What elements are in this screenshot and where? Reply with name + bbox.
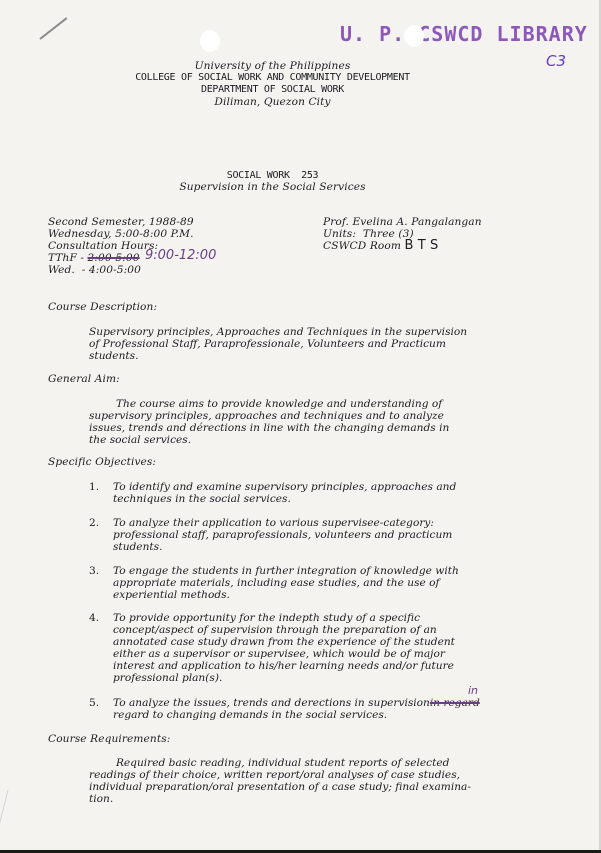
- consultation-tthf: TThF - 2:00-5:00: [48, 252, 140, 264]
- handwritten-correction: in: [468, 684, 478, 697]
- objective-number: 5.: [89, 697, 99, 709]
- consultation-label: Consultation Hours:: [48, 240, 158, 252]
- room-label: CSWCD Room: [323, 240, 401, 252]
- objective-item: To provide opportunity for the indepth s…: [113, 612, 455, 684]
- objectives-heading: Specific Objectives:: [48, 456, 156, 468]
- objective-number: 1.: [89, 481, 99, 493]
- university-name: University of the Philippines: [0, 60, 545, 72]
- page-shadow: [0, 790, 38, 850]
- description-heading: Course Description:: [48, 301, 157, 313]
- objective-item: To analyze their application to various …: [113, 517, 452, 553]
- objective-item: To identify and examine supervisory prin…: [113, 481, 456, 505]
- room-handwritten: B T S: [404, 238, 438, 253]
- requirements-body: Required basic reading, individual stude…: [89, 757, 471, 805]
- document-page: U. P. CSWCD LIBRARY C3 University of the…: [0, 0, 601, 853]
- semester: Second Semester, 1988-89: [48, 216, 194, 228]
- professor: Prof. Evelina A. Pangalangan: [323, 216, 482, 228]
- aim-heading: General Aim:: [48, 373, 120, 385]
- struck-text: in regard: [430, 697, 480, 709]
- department-name: DEPARTMENT OF SOCIAL WORK: [0, 84, 545, 96]
- location: Diliman, Quezon City: [0, 96, 545, 108]
- stamp-handwritten-note: C3: [546, 52, 566, 70]
- objective-number: 4.: [89, 612, 99, 624]
- objective-item: To engage the students in further integr…: [113, 565, 459, 601]
- units: Units: Three (3): [323, 228, 414, 240]
- requirements-heading: Course Requirements:: [48, 733, 170, 745]
- objective-number: 3.: [89, 565, 99, 577]
- room: CSWCD Room B T S: [323, 240, 438, 252]
- pen-mark: [39, 17, 67, 40]
- aim-body: The course aims to provide knowledge and…: [89, 398, 449, 446]
- library-stamp: U. P. CSWCD LIBRARY: [340, 22, 588, 46]
- description-body: Supervisory principles, Approaches and T…: [89, 326, 467, 362]
- schedule: Wednesday, 5:00-8:00 P.M.: [48, 228, 194, 240]
- course-title: Supervision in the Social Services: [0, 181, 545, 193]
- college-name: COLLEGE OF SOCIAL WORK AND COMMUNITY DEV…: [0, 72, 545, 84]
- tthf-handwritten-time: 9:00-12:00: [145, 248, 216, 263]
- tthf-struck-time: 2:00-5:00: [88, 252, 140, 264]
- objective-item: To analyze the issues, trends and derect…: [113, 697, 480, 721]
- objective-number: 2.: [89, 517, 99, 529]
- punch-hole: [200, 30, 220, 52]
- consultation-wed: Wed. - 4:00-5:00: [48, 264, 141, 276]
- tthf-prefix: TThF -: [48, 252, 88, 264]
- punch-hole: [404, 25, 424, 47]
